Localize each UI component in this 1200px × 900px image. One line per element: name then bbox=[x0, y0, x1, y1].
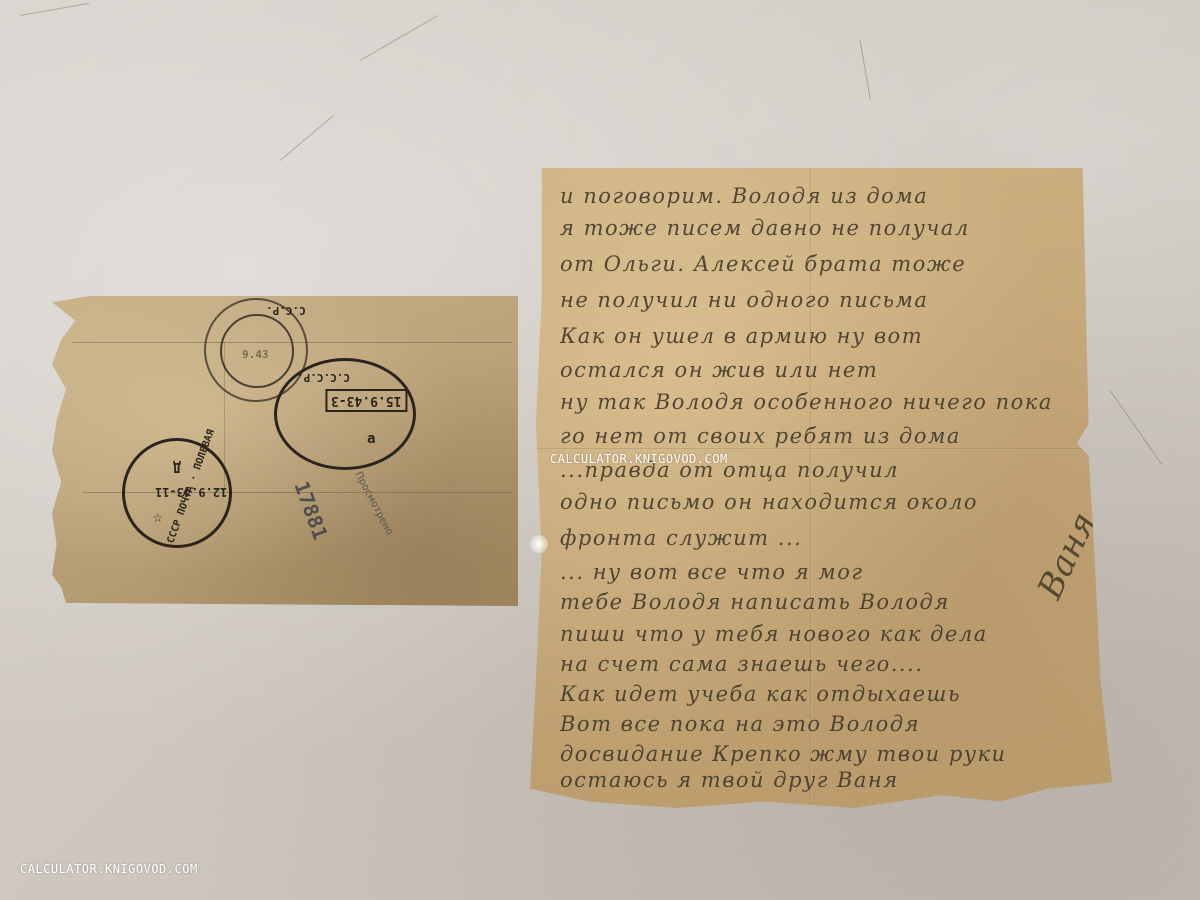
letter-line: Как идет учеба как отдыхаешь bbox=[560, 682, 961, 706]
watermark-center: CALCULATOR.KNIGOVOD.COM bbox=[550, 452, 728, 466]
postmark-center: 15.9.43-3 С.С.С.Р. а bbox=[274, 358, 416, 470]
postmark-date-box: 15.9.43-3 bbox=[325, 389, 407, 412]
letter-line: пиши что у тебя нового как дела bbox=[560, 622, 988, 646]
letter-line: фронта служит ... bbox=[560, 526, 802, 550]
letter-line: остался он жив или нет bbox=[560, 358, 878, 382]
letter-line: не получил ни одного письма bbox=[560, 288, 928, 312]
letter-line: Как он ушел в армию ну вот bbox=[560, 324, 923, 348]
surface-scratch bbox=[280, 115, 334, 161]
watermark-bottom-left: CALCULATOR.KNIGOVOD.COM bbox=[20, 862, 198, 876]
letter-line: го нет от своих ребят из дома bbox=[560, 424, 961, 448]
handwritten-letter: и поговорим. Володя из дома я тоже писем… bbox=[530, 168, 1118, 808]
signature: Ваня bbox=[1030, 506, 1104, 605]
letter-line: ... ну вот все что я мог bbox=[560, 560, 863, 584]
letter-line: досвидание Крепко жму твои руки bbox=[560, 742, 1007, 766]
letter-line: на счет сама знаешь чего.... bbox=[560, 652, 923, 676]
letter-line: остаюсь я твой друг Ваня bbox=[560, 768, 899, 792]
surface-scratch bbox=[20, 3, 89, 16]
light-glare bbox=[530, 535, 548, 553]
surface-scratch bbox=[360, 15, 438, 61]
postmark-field-post: СССР ПОЧТА · ПОЛЕВАЯ 12.9.43-11 Д ☆ bbox=[122, 438, 232, 548]
envelope: С.С.Р. 9.43 15.9.43-3 С.С.С.Р. а СССР ПО… bbox=[52, 296, 518, 606]
letter-line: я тоже писем давно не получал bbox=[560, 216, 970, 240]
letter-line: от Ольги. Алексей брата тоже bbox=[560, 252, 966, 276]
letter-fold bbox=[530, 448, 1118, 450]
letter-line: одно письмо он находится около bbox=[560, 490, 978, 514]
surface-scratch bbox=[860, 40, 871, 99]
letter-line: Вот все пока на это Володя bbox=[560, 712, 920, 736]
star-icon: ☆ bbox=[153, 507, 163, 526]
letter-line: ну так Володя особенного ничего пока bbox=[560, 390, 1053, 414]
letter-line: и поговорим. Володя из дома bbox=[560, 184, 928, 208]
letter-line: тебе Володя написать Володя bbox=[560, 590, 950, 614]
surface-scratch bbox=[1110, 390, 1162, 464]
